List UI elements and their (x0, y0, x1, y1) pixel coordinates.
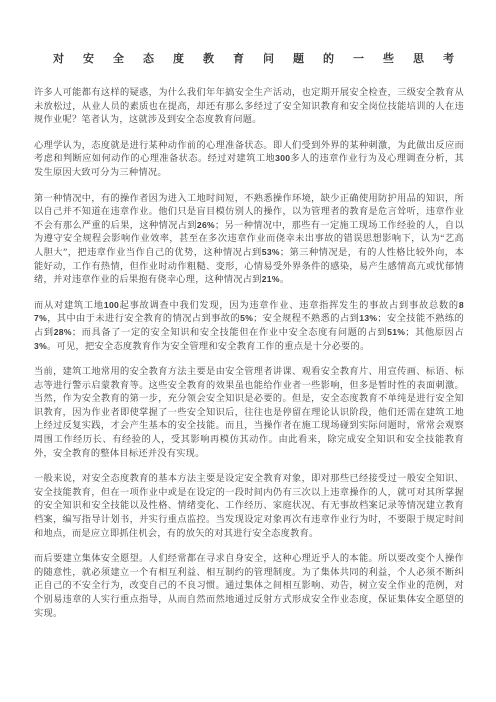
document-page: 对安全态度教育问题的一些思考 许多人可能都有这样的疑惑，为什么我们年年搞安全生产… (0, 0, 496, 702)
paragraph-current-methods: 当前，建筑工地常用的安全教育方法主要是由安全管理者讲课、观看安全教育片、用宣传画… (34, 365, 464, 460)
paragraph-accident-stats: 而从对建筑工地100起事故调查中我们发现，因为违章作业、违章指挥发生的事故占到事… (34, 299, 464, 353)
paragraph-psychology: 心理学认为，态度就是进行某种动作前的心理准备状态。即人们受到外界的某种刺激，为此… (34, 139, 464, 180)
paragraph-basic-method: 一般来说，对安全态度教育的基本方法主要是设定安全教育对象，即对那些已经接受过一般… (34, 472, 464, 540)
paragraph-three-cases: 第一种情况中，有的操作者因为进入工地时间短，不熟悉操作环境，缺少正确使用防护用品… (34, 192, 464, 287)
paragraph-collective-wish: 而后要建立集体安全愿望。人们经常都在寻求自身安全，这种心理近乎人的本能。所以要改… (34, 552, 464, 620)
paragraph-intro: 许多人可能都有这样的疑惑，为什么我们年年搞安全生产活动，也定期开展安全检查，三级… (34, 86, 464, 127)
page-title: 对安全态度教育问题的一些思考 (34, 50, 464, 66)
